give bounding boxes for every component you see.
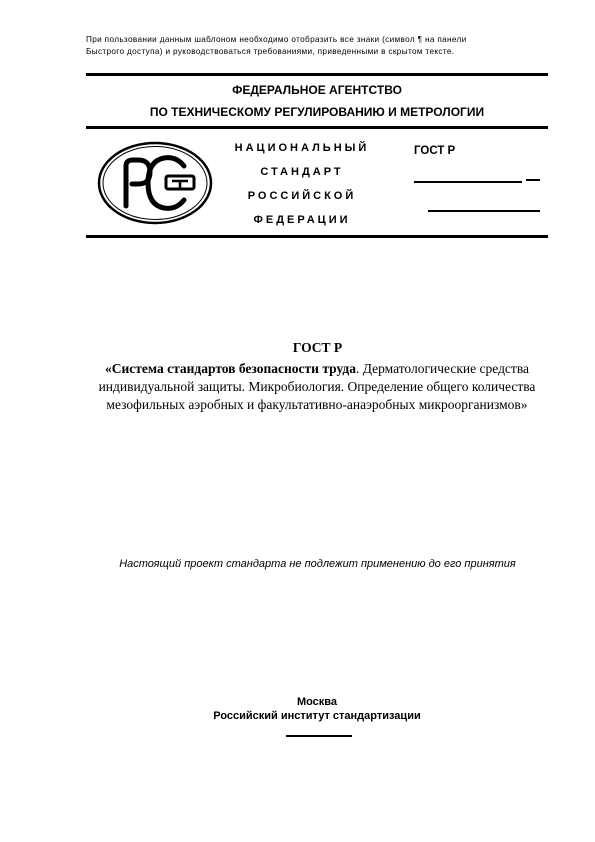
gost-number-suffix-blank: [526, 179, 540, 181]
gost-year-blank: [428, 210, 540, 212]
divider-bottom: [86, 235, 548, 238]
document-description: «Система стандартов безопасности труда. …: [86, 360, 548, 414]
document-title: ГОСТ Р: [60, 340, 575, 356]
publication-city: Москва: [86, 696, 548, 708]
national-standard-line-4: ФЕДЕРАЦИИ: [222, 214, 382, 226]
year-blank: [286, 735, 352, 737]
national-standard-line-1: НАЦИОНАЛЬНЫЙ: [222, 142, 382, 154]
rst-logo-icon: [96, 140, 214, 226]
national-standard-line-2: СТАНДАРТ: [222, 166, 382, 178]
template-note-line-1: При пользовании данным шаблоном необходи…: [86, 35, 467, 44]
agency-name-line-1: ФЕДЕРАЛЬНОЕ АГЕНТСТВО: [86, 83, 548, 97]
divider-top: [86, 73, 548, 76]
publisher-name: Российский институт стандартизации: [86, 710, 548, 722]
template-note-line-2: Быстрого доступа) и руководствоваться тр…: [86, 46, 548, 58]
gost-number-blank: [414, 181, 522, 183]
gost-number-label: ГОСТ Р: [414, 145, 455, 157]
draft-warning: Настоящий проект стандарта не подлежит п…: [60, 558, 575, 570]
description-bold-part: «Система стандартов безопасности труда: [105, 361, 356, 376]
agency-name-line-2: ПО ТЕХНИЧЕСКОМУ РЕГУЛИРОВАНИЮ И МЕТРОЛОГ…: [86, 105, 548, 119]
national-standard-line-3: РОССИЙСКОЙ: [222, 190, 382, 202]
template-instruction-note: При пользовании данным шаблоном необходи…: [86, 34, 548, 58]
divider-middle: [86, 126, 548, 129]
